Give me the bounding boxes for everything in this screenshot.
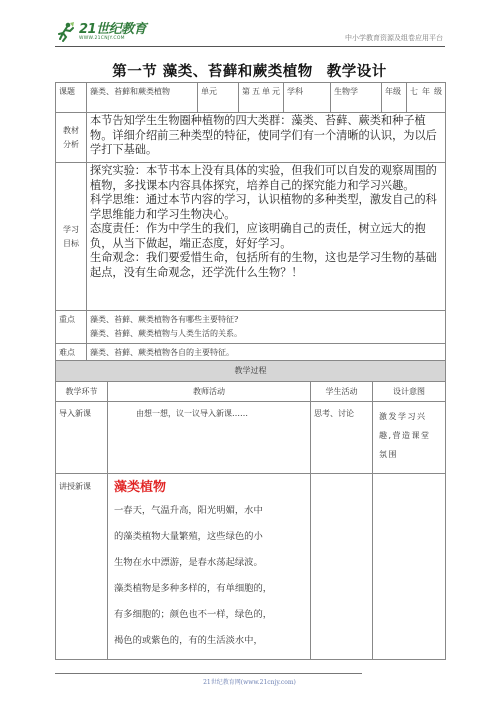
lesson-line: 生物在水中漂游，是春水荡起绿波。: [114, 550, 306, 576]
footer-divider: [55, 673, 362, 674]
objectives-label: 学习目标: [56, 163, 87, 311]
section-heading: 藻类植物: [114, 478, 306, 498]
title-lesson: 第一节 藻类、苔藓和蕨类植物: [112, 63, 313, 80]
unit-value: 第五单元: [239, 83, 284, 113]
lesson-line: 褐色的或紫色的，有的生活淡水中，: [114, 628, 306, 654]
subject-label: 学科: [284, 83, 331, 113]
objective-thinking: 科学思维：通过本节内容的学习，认识植物的多种类型，激发自己的科学思维能力和学习生…: [90, 193, 442, 222]
key-points-list: 藻类、苔藓、蕨类植物各有哪些主要特征? 藻类、苔藓、蕨类植物与人类生活的关系。: [87, 311, 446, 344]
key-point: 藻类、苔藓、蕨类植物与人类生活的关系。: [90, 327, 442, 341]
process-title-row: 教学过程: [56, 361, 446, 382]
runner-logo-icon: [57, 22, 75, 42]
key-point: 藻类、苔藓、蕨类植物各有哪些主要特征?: [90, 313, 442, 327]
unit-label: 单元: [198, 83, 239, 113]
key-points-row: 重点 藻类、苔藓、蕨类植物各有哪些主要特征? 藻类、苔藓、蕨类植物与人类生活的关…: [56, 311, 446, 344]
student-cell: 思考、讨论: [311, 402, 373, 474]
lesson-line: 一春天，气温升高，阳光明媚，水中: [114, 498, 306, 524]
logo-title: 21世纪教育: [79, 23, 146, 36]
analysis-row: 教材分析 本节告知学生生物圈种植物的四大类群：藻类、苔藓、蕨类和种子植物。详细介…: [56, 113, 446, 163]
title-suffix: 教学设计: [327, 63, 387, 80]
col-stage: 教学环节: [56, 382, 108, 402]
logo-url: WWW.21CNJY.COM: [79, 37, 146, 42]
topic-label: 课题: [56, 83, 87, 113]
lesson-line: 的藻类植物大量繁殖，这些绿色的小: [114, 524, 306, 550]
platform-tagline: 中小学教育资源及组卷应用平台: [345, 33, 443, 43]
teacher-cell: 藻类植物 一春天，气温升高，阳光明媚，水中 的藻类植物大量繁殖，这些绿色的小 生…: [108, 474, 311, 660]
objective-inquiry: 探究实验：本节书本上没有具体的实验，但我们可以自发的观察周围的植物，多找课本内容…: [90, 164, 442, 193]
stage-cell: 讲授新课: [56, 474, 108, 660]
page-header: 21世纪教育 WWW.21CNJY.COM 中小学教育资源及组卷应用平台: [55, 20, 445, 47]
lesson-plan-table: 课题 藻类、苔藓和蕨类植物 单元 第五单元 学科 生物学 年级 七年级 教材分析…: [55, 82, 446, 363]
objective-life: 生命观念：我们要爱惜生命，包括所有的生物，这也是学习生物的基础起点，没有生命观念…: [90, 251, 442, 280]
intent-cell: [373, 474, 446, 660]
footer-link[interactable]: 21世纪教育网(www.21cnjy.com): [0, 677, 499, 686]
objective-attitude: 态度责任：作为中学生的我们，应该明确自己的责任，树立远大的抱负，从当下做起，端正…: [90, 222, 442, 251]
analysis-text: 本节告知学生生物圈种植物的四大类群：藻类、苔藓、蕨类和种子植物。详细介绍前三种类…: [87, 113, 446, 163]
grade-label: 年级: [382, 83, 407, 113]
topic-value: 藻类、苔藓和蕨类植物: [87, 83, 198, 113]
page-title: 第一节 藻类、苔藓和蕨类植物教学设计: [0, 60, 499, 81]
key-points-label: 重点: [56, 311, 87, 344]
col-teacher: 教师活动: [108, 382, 311, 402]
lesson-line: 有多细胞的；颜色也不一样，绿色的，: [114, 602, 306, 628]
process-row-lecture: 讲授新课 藻类植物 一春天，气温升高，阳光明媚，水中 的藻类植物大量繁殖，这些绿…: [56, 474, 446, 660]
process-title: 教学过程: [56, 361, 446, 382]
stage-cell: 导入新课: [56, 402, 108, 474]
process-header-row: 教学环节 教师活动 学生活动 设计意图: [56, 382, 446, 402]
objectives-row: 学习目标 探究实验：本节书本上没有具体的实验，但我们可以自发的观察周围的植物，多…: [56, 163, 446, 311]
analysis-label: 教材分析: [56, 113, 87, 163]
intent-cell: 激发学习兴趣,营造课堂氛围: [373, 402, 446, 474]
teacher-cell: 由想一想，议一议导入新课……: [108, 402, 311, 474]
grade-value: 七年级: [407, 83, 446, 113]
site-logo[interactable]: 21世纪教育 WWW.21CNJY.COM: [57, 20, 146, 44]
col-intent: 设计意图: [373, 382, 446, 402]
subject-value: 生物学: [331, 83, 382, 113]
info-row: 课题 藻类、苔藓和蕨类植物 单元 第五单元 学科 生物学 年级 七年级: [56, 83, 446, 113]
process-table: 教学过程 教学环节 教师活动 学生活动 设计意图 导入新课 由想一想，议一议导入…: [55, 360, 446, 660]
lesson-line: 藻类植物是多种多样的，有单细胞的，: [114, 576, 306, 602]
objectives-list: 探究实验：本节书本上没有具体的实验，但我们可以自发的观察周围的植物，多找课本内容…: [87, 163, 446, 311]
student-cell: [311, 474, 373, 660]
col-student: 学生活动: [311, 382, 373, 402]
process-row-intro: 导入新课 由想一想，议一议导入新课…… 思考、讨论 激发学习兴趣,营造课堂氛围: [56, 402, 446, 474]
